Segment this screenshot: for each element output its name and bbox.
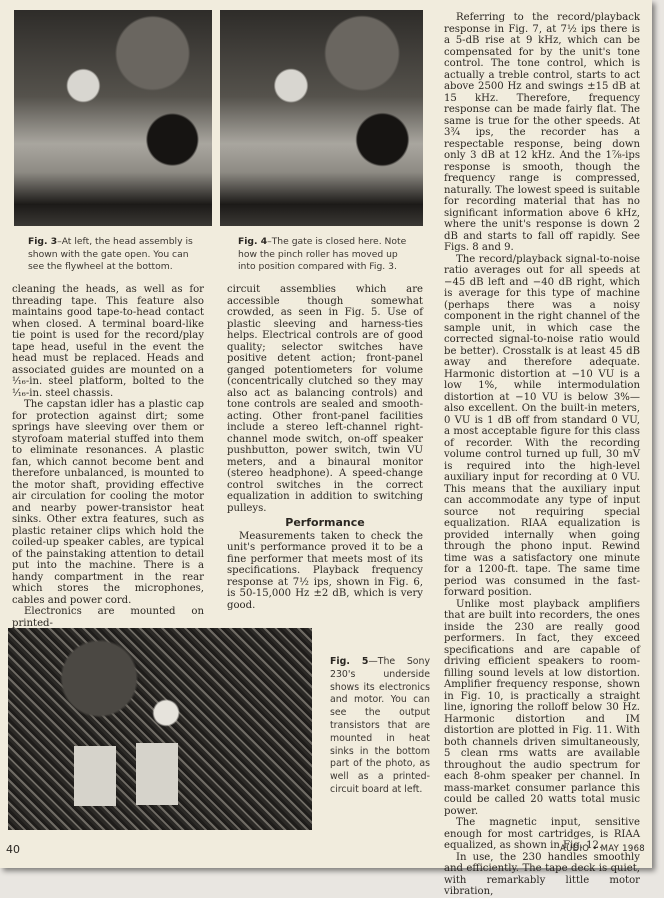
- fig3-caption: Fig. 3–At left, the head assembly is sho…: [28, 236, 196, 274]
- column-3: Referring to the record/playback respons…: [444, 12, 640, 877]
- fig5-label: Fig. 5: [330, 656, 368, 667]
- col1-paragraph: cleaning the heads, as well as for threa…: [12, 284, 204, 399]
- heat-sink-shape: [136, 743, 178, 805]
- publication-footer: AUDIO • MAY 1968: [560, 844, 645, 854]
- col2-paragraph: Measurements taken to check the unit's p…: [227, 531, 423, 612]
- col3-paragraph: In use, the 230 handles smoothly and eff…: [444, 852, 640, 878]
- fig4-caption: Fig. 4–The gate is closed here. Note how…: [238, 236, 410, 274]
- heat-sink-shape: [74, 746, 116, 806]
- fig3-label: Fig. 3: [28, 236, 57, 247]
- fig4-photo: [220, 10, 423, 226]
- column-2: circuit assemblies which are accessible …: [227, 284, 423, 611]
- section-heading-performance: Performance: [227, 517, 423, 529]
- col3-paragraph: Referring to the record/playback respons…: [444, 12, 640, 254]
- col2-paragraph: circuit assemblies which are accessible …: [227, 284, 423, 514]
- col1-paragraph: The capstan idler has a plastic cap for …: [12, 399, 204, 606]
- column-1: cleaning the heads, as well as for threa…: [12, 284, 204, 629]
- fig5-caption: Fig. 5—The Sony 230's underside shows it…: [330, 656, 430, 797]
- page-number: 40: [6, 843, 20, 856]
- fig4-label: Fig. 4: [238, 236, 267, 247]
- col3-paragraph: The record/playback signal-to-noise rati…: [444, 254, 640, 599]
- fig5-text: —The Sony 230's underside shows its elec…: [330, 656, 430, 795]
- col3-paragraph: Unlike most playback amplifiers that are…: [444, 599, 640, 818]
- fig5-photo: [8, 628, 312, 830]
- magazine-page: Fig. 3–At left, the head assembly is sho…: [0, 0, 652, 868]
- fig3-photo: [14, 10, 212, 226]
- col1-paragraph: Electronics are mounted on printed-: [12, 606, 204, 629]
